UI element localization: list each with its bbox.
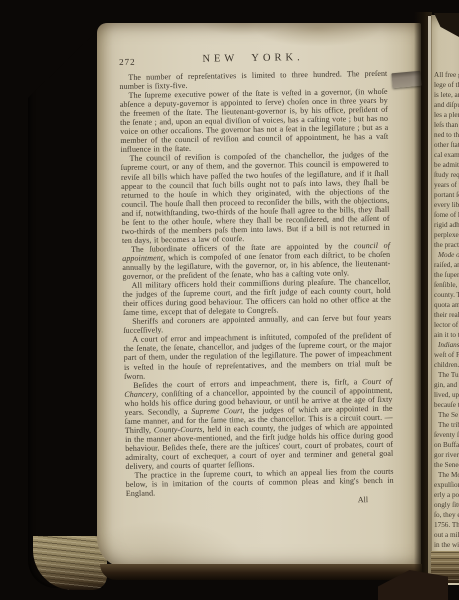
right-page-text-fragment: lege of think (434, 80, 459, 90)
running-title: NEW YORK. (119, 51, 387, 66)
right-page-text-fragment: cal examinat (434, 150, 459, 160)
right-page-text-fragment: ain it to th (434, 330, 459, 340)
paragraph: The ſubordinate officers of the ſtate ar… (122, 241, 391, 281)
right-page-text-fragment: weſt of Fort (434, 350, 459, 360)
right-page-text-fragment: the Seneca (434, 460, 459, 470)
right-page-text-fragment: their real w (434, 310, 459, 320)
right-page-text-column: All free govlege of thinkis lete, andand… (431, 15, 459, 570)
right-page-text-fragment: The Mo (434, 470, 459, 480)
right-page-text-fragment: Mode of r (434, 250, 459, 260)
page-bottom-shadow-edge (100, 564, 422, 580)
right-page-text-fragment: raiſed, and (434, 260, 459, 270)
right-page-text-fragment: be admitted (434, 160, 459, 170)
right-page-text-fragment: ſo, they e (434, 510, 459, 520)
paragraph: The practice in the ſupreme court, to wh… (126, 467, 394, 498)
body-text: The number of repreſentatives is limited… (119, 69, 394, 498)
right-page-text-fragment: becauſe th (434, 400, 459, 410)
left-page-text-block: 272 NEW YORK. The number of repreſentati… (119, 51, 394, 508)
right-page-text-fragment: gin, and w (434, 380, 459, 390)
right-page-text-fragment: The tribe (434, 420, 459, 430)
paragraph: The council of reviſion is compoſed of t… (121, 150, 390, 245)
right-page-text-fragment: quota amou (434, 300, 459, 310)
right-page-text-fragment: expulſion, (434, 480, 459, 490)
right-page-text-fragment: leſs than 120 (434, 120, 459, 130)
right-page-text-fragment: erly a pow (434, 490, 459, 500)
right-page-text-fragment: other ſtates. (434, 140, 459, 150)
left-page-stack (28, 24, 103, 588)
right-page-text-fragment: Indians.] (434, 340, 459, 350)
right-page-text-fragment: ſtudy requir (434, 170, 459, 180)
left-page: 272 NEW YORK. The number of repreſentati… (97, 23, 421, 568)
right-page-text-fragment: All free gov (434, 70, 459, 80)
right-page-text-fragment: gor river, (434, 450, 459, 460)
right-page-text-fragment: in the wint (434, 540, 459, 550)
right-page-text-fragment: and diſputes (434, 100, 459, 110)
right-page-sliver: All free govlege of thinkis lete, andand… (431, 15, 459, 585)
right-page-text-fragment: is lete, and (434, 90, 459, 100)
right-page-text-fragment: lector of the (434, 320, 459, 330)
right-page-text-fragment: The Se (434, 410, 459, 420)
paragraph: Beſides the court of errors and impeachm… (124, 376, 393, 471)
paragraph: The ſupreme executive power of the ſtate… (120, 87, 389, 155)
book-photo: 272 NEW YORK. The number of repreſentati… (0, 0, 459, 600)
right-page-text-fragment: perplexed (434, 230, 459, 240)
right-page-text-fragment: children. (434, 360, 459, 370)
right-page-text-fragment: lived, upon (434, 390, 459, 400)
right-page-text-fragment: les a plenti (434, 110, 459, 120)
right-page-text-fragment: 1756. Th (434, 520, 459, 530)
right-page-text-fragment: the ſuperviſ (434, 270, 459, 280)
page-header: 272 NEW YORK. (119, 51, 387, 69)
right-page-text-fragment: ned to the (434, 130, 459, 140)
right-page-text-fragment: ſeventy ſix (434, 430, 459, 440)
right-page-text-fragment: every liberal (434, 200, 459, 210)
paragraph: All military officers hold their commiſſ… (123, 277, 392, 317)
right-page-text-fragment: out a mile (434, 530, 459, 540)
right-page-text-fragment: ongly ſitu (434, 500, 459, 510)
paragraph: A court of error and impeachment is inſt… (123, 331, 392, 380)
right-page-text-fragment: on Buffaloe (434, 440, 459, 450)
right-page-text-fragment: county. Th (434, 290, 459, 300)
right-page-text-fragment: ſenſible, and (434, 280, 459, 290)
right-page-text-fragment: The Tuſ (434, 370, 459, 380)
right-page-text-fragment: the practice (434, 240, 459, 250)
right-page-text-fragment: ſome of her (434, 210, 459, 220)
right-page-text-fragment: portant ſcie (434, 190, 459, 200)
right-page-text-fragment: years of the (434, 180, 459, 190)
page-number: 272 (119, 57, 136, 67)
right-page-text-fragment: rigid adher (434, 220, 459, 230)
right-page-edge (428, 16, 431, 596)
